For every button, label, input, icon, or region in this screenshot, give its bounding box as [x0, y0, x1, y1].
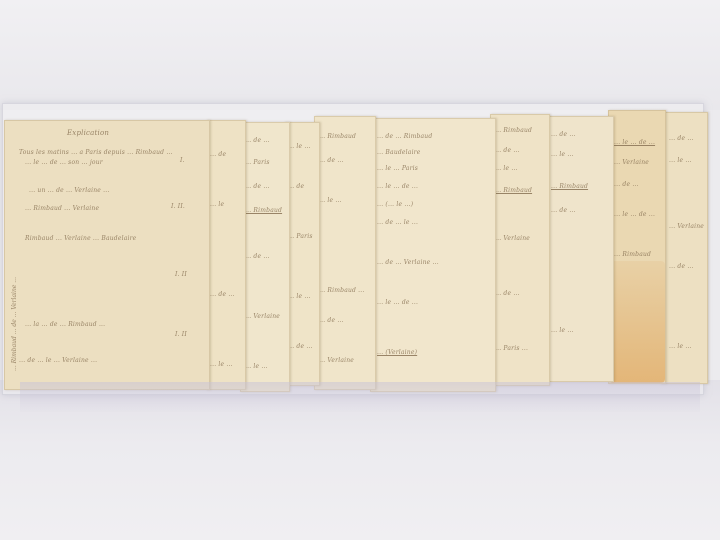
handwriting-line: ... Verlaine: [669, 223, 704, 230]
handwriting-line: ... le ... de ...: [614, 139, 655, 146]
handwriting-line: ... le ... de ... son ... jour: [25, 159, 103, 166]
manuscript-page-10: ... de ... ... le ... ... Verlaine ... d…: [660, 112, 708, 384]
handwriting-line: ... de ...: [319, 157, 344, 164]
manuscript-page-2: ... de ... le ... de ... ... le ...: [206, 120, 246, 390]
handwriting-line: ... le ...: [319, 197, 342, 204]
handwriting-line: ... Paris: [288, 233, 313, 240]
handwriting-line: ... de ...: [210, 291, 235, 298]
handwriting-line: Rimbaud ... Verlaine ... Baudelaire: [25, 235, 136, 242]
handwriting-line: ... le ...: [288, 293, 311, 300]
handwriting-line: ... le ...: [495, 165, 518, 172]
handwriting-line: ... de ...: [551, 131, 576, 138]
handwriting-line: ... Verlaine: [495, 235, 530, 242]
handwriting-line: ... (Verlaine): [377, 349, 417, 356]
handwriting-line: ... de ... Verlaine ...: [377, 259, 439, 266]
manuscript-page-6: ... de ... Rimbaud ... Baudelaire ... le…: [370, 118, 496, 392]
margin-mark: I.: [180, 157, 185, 164]
sleeve-bottom-edge: [20, 382, 700, 412]
handwriting-line: ... la ... de ... Rimbaud ...: [25, 321, 105, 328]
handwriting-line: ... le ... de ...: [377, 299, 418, 306]
handwriting-line: ... le ...: [669, 157, 692, 164]
handwriting-line: ... Rimbaud: [495, 187, 532, 194]
margin-mark: I. II.: [171, 203, 185, 210]
margin-note-vertical: ... Rimbaud ... de ... Verlaine ...: [11, 277, 18, 371]
handwriting-line: ... le ...: [210, 361, 233, 368]
handwriting-line: ... le: [210, 201, 224, 208]
page-title: Explication: [67, 129, 109, 137]
handwriting-line: ... de ... le ...: [377, 219, 418, 226]
handwriting-line: ... de ... Rimbaud: [377, 133, 432, 140]
manuscript-page-1: ... Rimbaud ... de ... Verlaine ... Expl…: [4, 120, 210, 390]
handwriting-line: ... le ... Paris: [377, 165, 418, 172]
handwriting-line: ... Paris ...: [495, 345, 528, 352]
handwriting-line: ... (... le ...): [377, 201, 413, 208]
handwriting-line: ... Rimbaud ...: [319, 287, 365, 294]
manuscript-page-9: ... le ... de ... ... Verlaine ... de ..…: [608, 110, 666, 384]
margin-mark: I. II: [175, 331, 187, 338]
handwriting-line: ... de ...: [495, 147, 520, 154]
handwriting-line: ... Verlaine: [614, 159, 649, 166]
manuscript-page-5: ... Rimbaud ... de ... ... le ... ... Ri…: [314, 116, 376, 390]
handwriting-line: ... de ...: [319, 317, 344, 324]
handwriting-line: ... Paris: [245, 159, 270, 166]
handwriting-line: ... le ...: [551, 327, 574, 334]
handwriting-line: ... Verlaine: [245, 313, 280, 320]
handwriting-line: ... de ...: [288, 343, 313, 350]
manuscript-page-7: ... Rimbaud ... de ... ... le ... ... Ri…: [490, 114, 550, 386]
handwriting-line: ... de ...: [551, 207, 576, 214]
handwriting-line: ... Rimbaud: [245, 207, 282, 214]
handwriting-line: ... un ... de ... Verlaine ...: [29, 187, 109, 194]
handwriting-line: ... de ...: [495, 290, 520, 297]
handwriting-line: ... de ...: [669, 263, 694, 270]
paper-stain: [609, 261, 665, 383]
handwriting-line: ... de ... le ... Verlaine ...: [19, 357, 97, 364]
handwriting-line: ... le ...: [245, 363, 268, 370]
handwriting-line: ... de: [210, 151, 226, 158]
handwriting-line: ... Rimbaud ... Verlaine: [25, 205, 99, 212]
manuscript-page-8: ... de ... ... le ... ... Rimbaud ... de…: [544, 116, 614, 382]
handwriting-line: Tous les matins ... a Paris depuis ... R…: [19, 149, 173, 156]
handwriting-line: ... le ...: [669, 343, 692, 350]
handwriting-line: ... Baudelaire: [377, 149, 421, 156]
manuscript-page-3: ... de ... ... Paris ... de ... ... Rimb…: [240, 122, 290, 392]
handwriting-line: ... Rimbaud: [495, 127, 532, 134]
handwriting-line: ... de: [288, 183, 304, 190]
handwriting-line: ... Rimbaud: [614, 251, 651, 258]
background-surface-top: [0, 0, 720, 110]
handwriting-line: ... le ... de ...: [377, 183, 418, 190]
handwriting-line: ... de ...: [245, 253, 270, 260]
handwriting-line: ... de ...: [614, 181, 639, 188]
handwriting-line: ... de ...: [669, 135, 694, 142]
handwriting-line: ... de ...: [245, 137, 270, 144]
handwriting-line: ... Rimbaud: [551, 183, 588, 190]
handwriting-line: ... le ...: [288, 143, 311, 150]
handwriting-line: ... le ... de ...: [614, 211, 655, 218]
margin-mark: I. II: [175, 271, 187, 278]
handwriting-line: ... de ...: [245, 183, 270, 190]
handwriting-line: ... le ...: [551, 151, 574, 158]
handwriting-line: ... Rimbaud: [319, 133, 356, 140]
handwriting-line: ... Verlaine: [319, 357, 354, 364]
